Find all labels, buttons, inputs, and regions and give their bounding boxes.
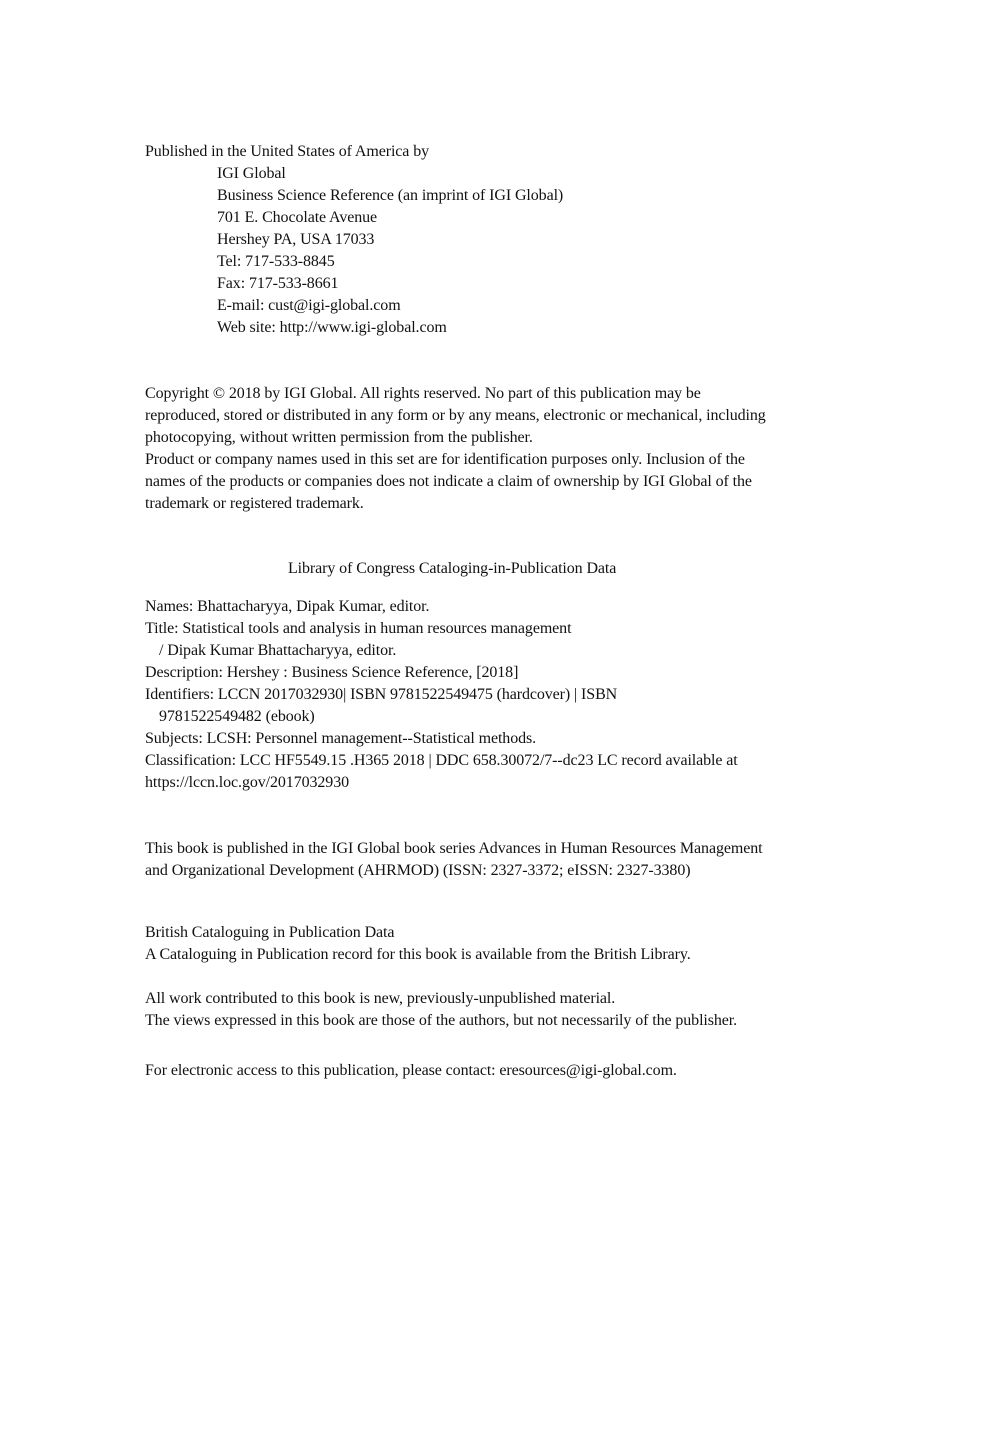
loc-identifiers: Identifiers: LCCN 2017032930| ISBN 97815…	[145, 684, 865, 706]
copyright-block: Copyright © 2018 by IGI Global. All righ…	[145, 383, 865, 515]
access-text: For electronic access to this publicatio…	[145, 1060, 865, 1082]
british-text: A Cataloguing in Publication record for …	[145, 944, 865, 966]
copyright-line: Product or company names used in this se…	[145, 449, 865, 471]
publisher-intro: Published in the United States of Americ…	[145, 141, 865, 163]
copyright-line: photocopying, without written permission…	[145, 427, 865, 449]
loc-subjects: Subjects: LCSH: Personnel management--St…	[145, 728, 865, 750]
notes-line: All work contributed to this book is new…	[145, 988, 865, 1010]
loc-description: Description: Hershey : Business Science …	[145, 662, 865, 684]
publisher-imprint: Business Science Reference (an imprint o…	[145, 185, 865, 207]
publisher-name: IGI Global	[145, 163, 865, 185]
loc-title: Title: Statistical tools and analysis in…	[145, 618, 865, 640]
publisher-tel: Tel: 717-533-8845	[145, 251, 865, 273]
access-block: For electronic access to this publicatio…	[145, 1060, 865, 1082]
copyright-line: trademark or registered trademark.	[145, 493, 865, 515]
publisher-email: E-mail: cust@igi-global.com	[145, 295, 865, 317]
loc-names: Names: Bhattacharyya, Dipak Kumar, edito…	[145, 596, 865, 618]
publisher-website: Web site: http://www.igi-global.com	[145, 317, 865, 339]
loc-cip-block: Library of Congress Cataloging-in-Public…	[145, 558, 865, 794]
series-block: This book is published in the IGI Global…	[145, 838, 865, 882]
loc-identifiers-cont: 9781522549482 (ebook)	[145, 706, 865, 728]
british-cip-block: British Cataloguing in Publication Data …	[145, 922, 865, 966]
publisher-street: 701 E. Chocolate Avenue	[145, 207, 865, 229]
copyright-line: names of the products or companies does …	[145, 471, 865, 493]
series-line: and Organizational Development (AHRMOD) …	[145, 860, 865, 882]
loc-record-url: https://lccn.loc.gov/2017032930	[145, 772, 865, 794]
british-heading: British Cataloguing in Publication Data	[145, 922, 865, 944]
publisher-city: Hershey PA, USA 17033	[145, 229, 865, 251]
copyright-line: reproduced, stored or distributed in any…	[145, 405, 865, 427]
loc-classification: Classification: LCC HF5549.15 .H365 2018…	[145, 750, 865, 772]
notes-line: The views expressed in this book are tho…	[145, 1010, 865, 1032]
loc-heading: Library of Congress Cataloging-in-Public…	[145, 558, 865, 580]
publisher-fax: Fax: 717-533-8661	[145, 273, 865, 295]
copyright-line: Copyright © 2018 by IGI Global. All righ…	[145, 383, 865, 405]
loc-title-cont: / Dipak Kumar Bhattacharyya, editor.	[145, 640, 865, 662]
series-line: This book is published in the IGI Global…	[145, 838, 865, 860]
notes-block: All work contributed to this book is new…	[145, 988, 865, 1032]
publisher-block: Published in the United States of Americ…	[145, 141, 865, 339]
